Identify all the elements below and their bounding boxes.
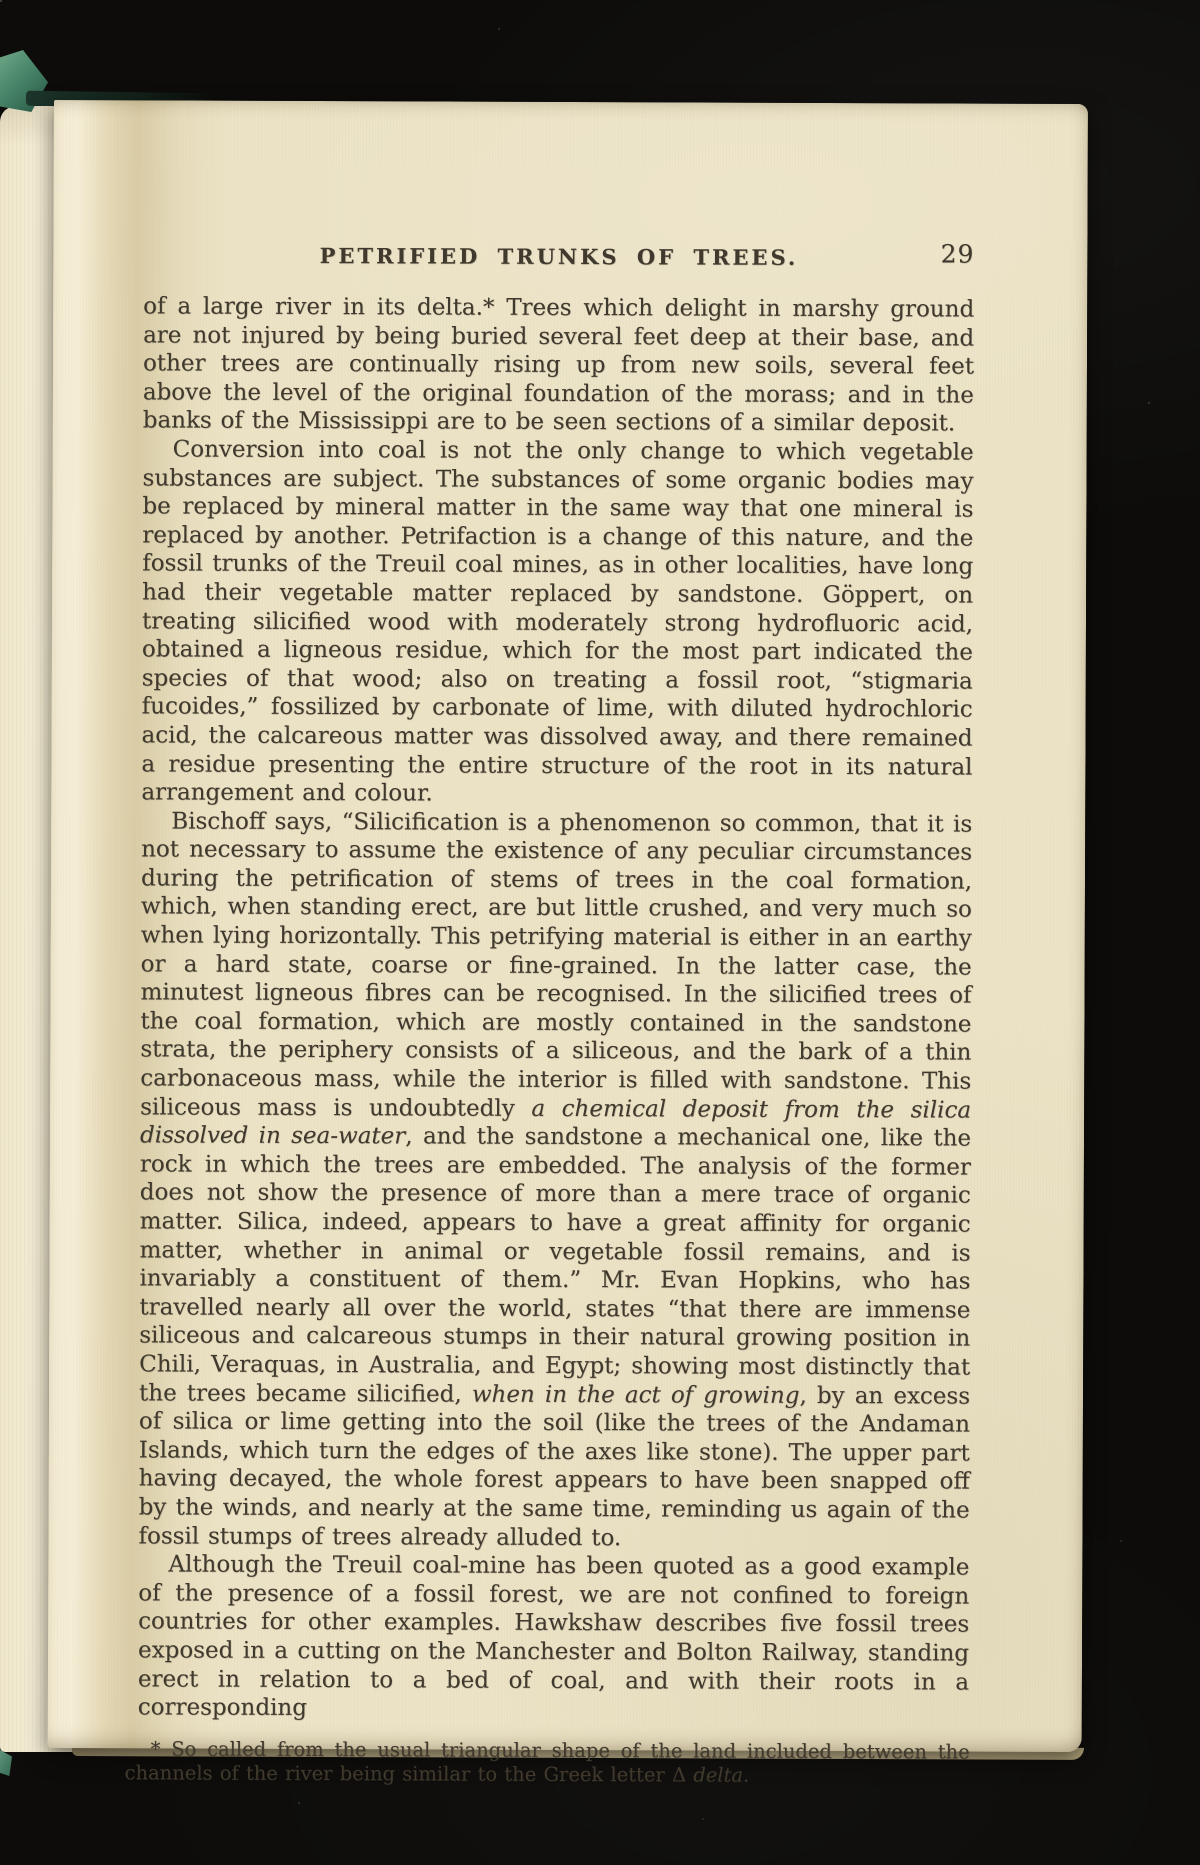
text-segment: , and the sandstone a mechanical one, li…: [139, 1124, 971, 1408]
paragraph-container: of a large river in its delta.* Trees wh…: [138, 292, 974, 1725]
italic-text-segment: when in the act of growing: [472, 1381, 800, 1408]
photograph-backdrop: PETRIFIED TRUNKS OF TREES. 29 of a large…: [0, 0, 1200, 1865]
text-segment: of a large river in its delta.* Trees wh…: [143, 293, 975, 436]
page-body: of a large river in its delta.* Trees wh…: [138, 292, 975, 1789]
paragraph: of a large river in its delta.* Trees wh…: [143, 292, 975, 438]
paragraph: Conversion into coal is not the only cha…: [141, 435, 973, 810]
text-segment: Although the Treuil coal-mine has been q…: [138, 1552, 970, 1722]
book-cover-bottom-fragment: [0, 1750, 12, 1776]
page-header-title: PETRIFIED TRUNKS OF TREES.: [320, 243, 799, 270]
footnote: * So called from the usual triangular sh…: [125, 1737, 970, 1789]
running-head: PETRIFIED TRUNKS OF TREES. 29: [143, 238, 974, 277]
paragraph: Bischoff says, “Silicification is a phen…: [138, 807, 972, 1554]
text-segment: Conversion into coal is not the only cha…: [141, 436, 973, 806]
text-segment: Bischoff says, “Silicification is a phen…: [140, 808, 972, 1121]
text-segment: .: [743, 1764, 749, 1787]
page-number: 29: [941, 239, 975, 268]
paragraph: Although the Treuil coal-mine has been q…: [138, 1550, 970, 1725]
dust-specks: [0, 0, 2, 2]
italic-text-segment: delta: [693, 1764, 743, 1787]
text-segment: * So called from the usual triangular sh…: [125, 1737, 970, 1787]
book-page: PETRIFIED TRUNKS OF TREES. 29 of a large…: [48, 100, 1088, 1752]
